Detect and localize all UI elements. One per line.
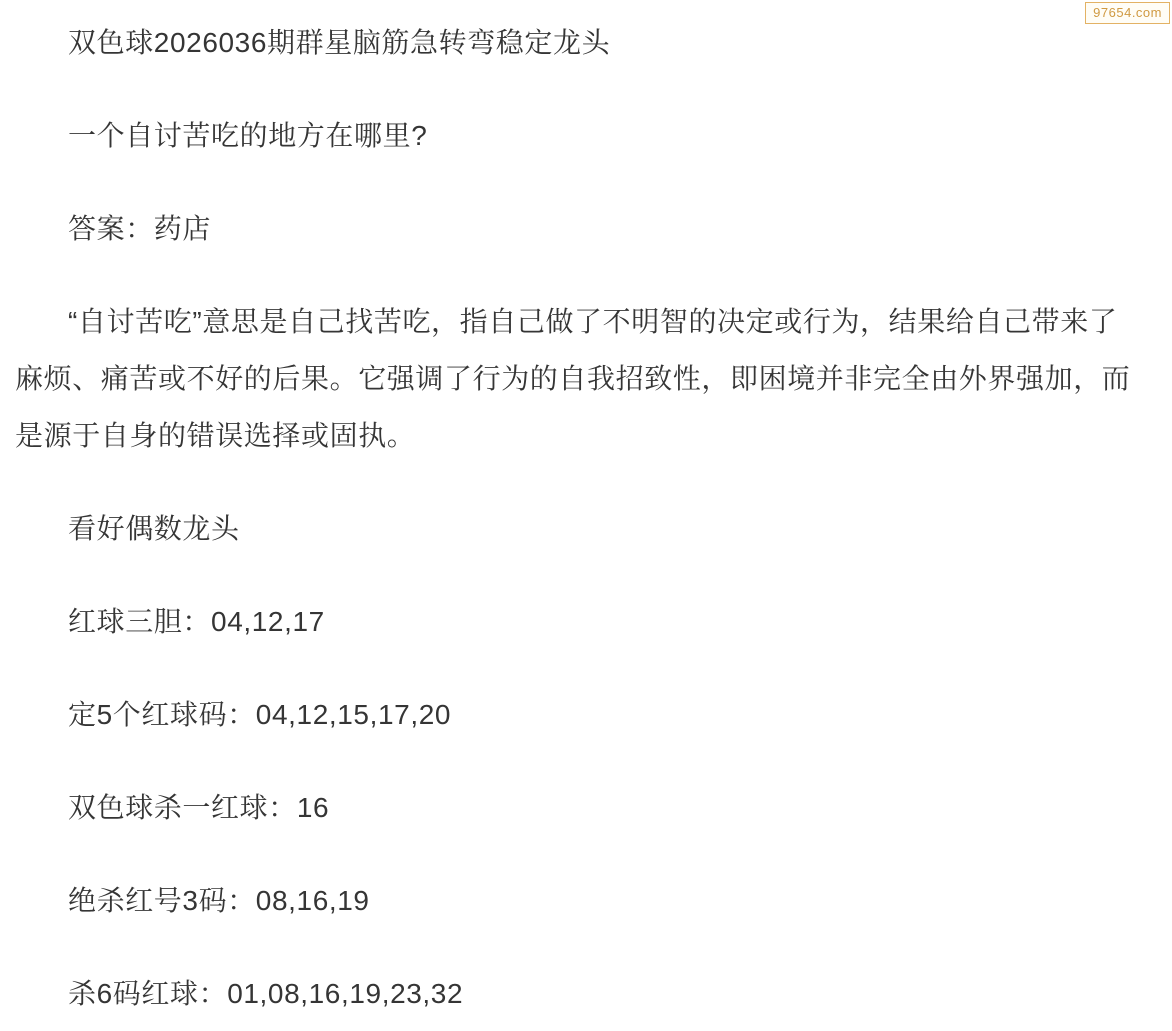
prediction-line-kill-three-red: 绝杀红号3码：08,16,19 xyxy=(15,872,1146,929)
prediction-label: 定5个红球码 xyxy=(68,699,227,730)
riddle-answer: 答案：药店 xyxy=(15,200,1146,257)
prediction-label: 红球三胆 xyxy=(68,606,182,637)
article-title: 双色球2026036期群星脑筋急转弯稳定龙头 xyxy=(15,14,1146,71)
prediction-label: 双色球杀一红球 xyxy=(68,792,268,823)
riddle-question: 一个自讨苦吃的地方在哪里? xyxy=(15,107,1146,164)
prediction-value: 08,16,19 xyxy=(256,885,370,916)
outlook-line: 看好偶数龙头 xyxy=(15,500,1146,557)
prediction-value: 16 xyxy=(297,792,329,823)
prediction-line-red-three-dan: 红球三胆：04,12,17 xyxy=(15,593,1146,650)
prediction-value: 04,12,15,17,20 xyxy=(256,699,451,730)
prediction-colon: ： xyxy=(199,978,228,1009)
article-page: 97654.com 双色球2026036期群星脑筋急转弯稳定龙头 一个自讨苦吃的… xyxy=(0,0,1172,1031)
site-watermark: 97654.com xyxy=(1085,2,1170,24)
prediction-colon: ： xyxy=(268,792,297,823)
prediction-line-kill-six-red: 杀6码红球：01,08,16,19,23,32 xyxy=(15,965,1146,1022)
article-body: 双色球2026036期群星脑筋急转弯稳定龙头 一个自讨苦吃的地方在哪里? 答案：… xyxy=(0,0,1172,1022)
prediction-colon: ： xyxy=(182,606,211,637)
idiom-explanation: “自讨苦吃”意思是自己找苦吃，指自己做了不明智的决定或行为，结果给自己带来了麻烦… xyxy=(15,293,1146,464)
prediction-colon: ： xyxy=(227,885,256,916)
prediction-line-five-red-codes: 定5个红球码：04,12,15,17,20 xyxy=(15,686,1146,743)
prediction-label: 杀6码红球 xyxy=(68,978,199,1009)
prediction-line-kill-one-red: 双色球杀一红球：16 xyxy=(15,779,1146,836)
prediction-value: 01,08,16,19,23,32 xyxy=(227,978,463,1009)
prediction-value: 04,12,17 xyxy=(211,606,325,637)
prediction-label: 绝杀红号3码 xyxy=(68,885,227,916)
prediction-colon: ： xyxy=(227,699,256,730)
